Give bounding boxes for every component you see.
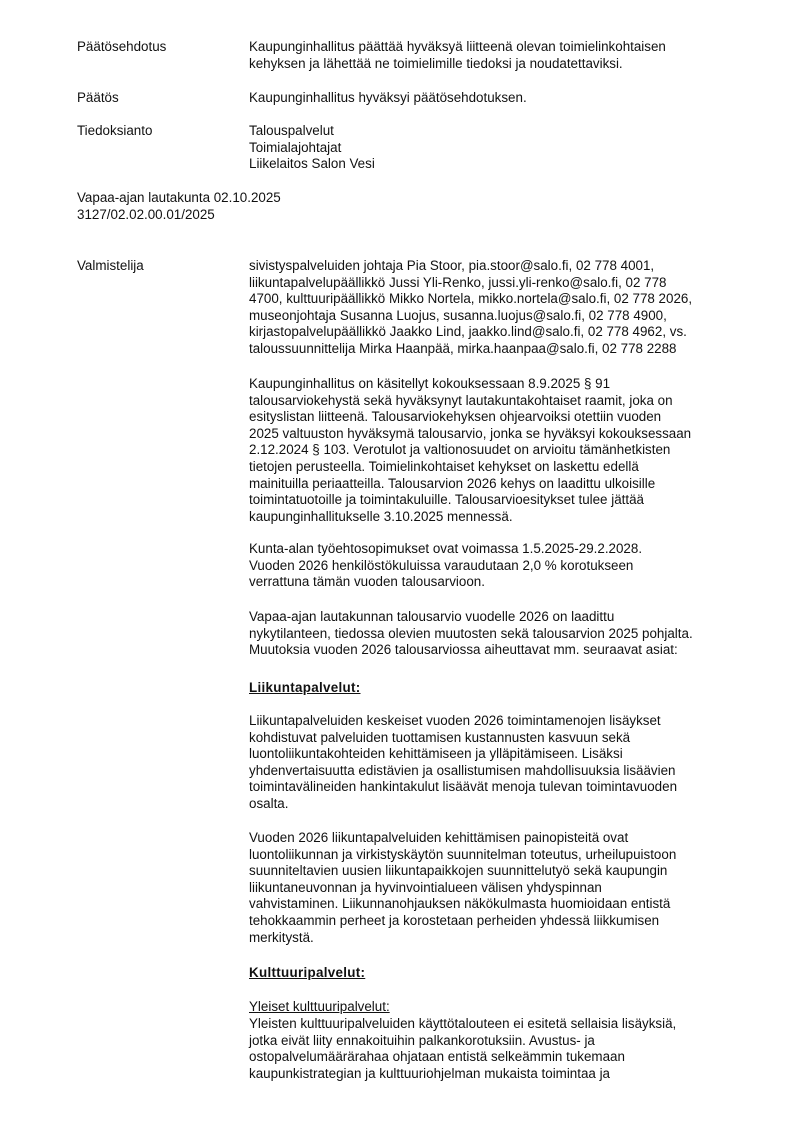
- preparer-label: Valmistelija: [77, 258, 247, 275]
- contact-line: 4700, kulttuuripäällikkö Mikko Nortela, …: [249, 291, 739, 308]
- meeting-title: Vapaa-ajan lautakunta 02.10.2025: [77, 190, 477, 207]
- text-line: kaupunginhallitukselle 3.10.2025 menness…: [249, 509, 749, 526]
- text-line: kehyksen ja lähettää ne toimielimille ti…: [249, 56, 739, 73]
- text-line: kaupunkistrategian ja kulttuuriohjelman …: [249, 1066, 749, 1083]
- text-line: nykytilanteen, tiedossa olevien muutoste…: [249, 626, 749, 643]
- recipient: Liikelaitos Salon Vesi: [249, 156, 739, 173]
- text-line: luontoliikunnan ja virkistyskäytön suunn…: [249, 847, 749, 864]
- paragraph-sports-priorities: Vuoden 2026 liikuntapalveluiden kehittäm…: [249, 830, 749, 946]
- document-page: Päätösehdotus Kaupunginhallitus päättää …: [0, 0, 794, 1122]
- text-line: verrattuna tämän vuoden talousarvioon.: [249, 574, 749, 591]
- text-line: merkitystä.: [249, 930, 749, 947]
- decision-text: Kaupunginhallitus hyväksyi päätösehdotuk…: [249, 90, 739, 107]
- notification-recipients: Talouspalvelut Toimialajohtajat Liikelai…: [249, 123, 739, 173]
- preparer-contacts: sivistyspalveluiden johtaja Pia Stoor, p…: [249, 258, 739, 358]
- text-line: osalta.: [249, 796, 749, 813]
- text-line: Muutoksia vuoden 2026 talousarviossa aih…: [249, 642, 749, 659]
- text-line: Kaupunginhallitus on käsitellyt kokoukse…: [249, 376, 749, 393]
- text-line: jotka eivät liity ennakoituihin palkanko…: [249, 1033, 749, 1050]
- text-line: Kunta-alan työehtosopimukset ovat voimas…: [249, 541, 749, 558]
- text-line: suunniteltavien uusien liikuntapaikkojen…: [249, 863, 749, 880]
- proposal-label: Päätösehdotus: [77, 39, 247, 56]
- text-line: Vuoden 2026 henkilöstökuluissa varauduta…: [249, 558, 749, 575]
- text-line: yhdenvertaisuutta edistävien ja osallist…: [249, 763, 749, 780]
- text-line: toimintatuotoille ja toimintakuluille. T…: [249, 492, 749, 509]
- text-line: 2025 valtuuston hyväksymä talousarvio, j…: [249, 426, 749, 443]
- text-line: kohdistuvat palveluiden tuottamisen kust…: [249, 730, 749, 747]
- recipient: Toimialajohtajat: [249, 140, 739, 157]
- text-line: Yleisten kulttuuripalveluiden käyttötalo…: [249, 1016, 749, 1033]
- proposal-text: Kaupunginhallitus päättää hyväksyä liitt…: [249, 39, 739, 72]
- decision-label: Päätös: [77, 90, 247, 107]
- text-line: 2.12.2024 § 103. Verotulot ja valtionosu…: [249, 442, 749, 459]
- text-line: vahvistaminen. Liikunnanohjauksen näköku…: [249, 896, 749, 913]
- contact-line: taloussuunnittelija Mirka Haanpää, mirka…: [249, 341, 739, 358]
- paragraph-collective-agreements: Kunta-alan työehtosopimukset ovat voimas…: [249, 541, 749, 591]
- text-line: toimintavälineiden hankintakulut lisäävä…: [249, 779, 749, 796]
- contact-line: liikuntapalvelupäällikkö Jussi Yli-Renko…: [249, 275, 739, 292]
- paragraph-sports-costs: Liikuntapalveluiden keskeiset vuoden 202…: [249, 713, 749, 813]
- contact-line: sivistyspalveluiden johtaja Pia Stoor, p…: [249, 258, 739, 275]
- paragraph-general-culture: Yleisten kulttuuripalveluiden käyttötalo…: [249, 1016, 749, 1082]
- text-line: tietojen perusteella. Toimielinkohtaiset…: [249, 459, 749, 476]
- text-line: ostopalvelumäärärahaa ohjataan entistä s…: [249, 1049, 749, 1066]
- text-line: tehokkaammin perheet ja korostetaan perh…: [249, 913, 749, 930]
- notification-label: Tiedoksianto: [77, 123, 247, 140]
- culture-services-heading: Kulttuuripalvelut:: [249, 965, 749, 982]
- meeting-reference: 3127/02.02.00.01/2025: [77, 207, 477, 224]
- text-line: Vuoden 2026 liikuntapalveluiden kehittäm…: [249, 830, 749, 847]
- text-line: Liikuntapalveluiden keskeiset vuoden 202…: [249, 713, 749, 730]
- text-line: Kaupunginhallitus hyväksyi päätösehdotuk…: [249, 90, 739, 107]
- text-line: Kaupunginhallitus päättää hyväksyä liitt…: [249, 39, 739, 56]
- text-line: liikuntaneuvonnan ja hyvinvointialueen v…: [249, 880, 749, 897]
- paragraph-budget-framework: Kaupunginhallitus on käsitellyt kokoukse…: [249, 376, 749, 525]
- text-line: esityslistan liitteenä. Talousarviokehyk…: [249, 409, 749, 426]
- text-line: mainituilla periaatteilla. Talousarvion …: [249, 476, 749, 493]
- recipient: Talouspalvelut: [249, 123, 739, 140]
- paragraph-leisure-budget: Vapaa-ajan lautakunnan talousarvio vuode…: [249, 609, 749, 659]
- text-line: Vapaa-ajan lautakunnan talousarvio vuode…: [249, 609, 749, 626]
- text-line: luontoliikuntakohteiden kehittämiseen ja…: [249, 746, 749, 763]
- contact-line: kirjastopalvelupäällikkö Jaakko Lind, ja…: [249, 324, 739, 341]
- meeting-header: Vapaa-ajan lautakunta 02.10.2025 3127/02…: [77, 190, 477, 223]
- contact-line: museonjohtaja Susanna Luojus, susanna.lu…: [249, 308, 739, 325]
- text-line: talousarviokehystä sekä hyväksynyt lauta…: [249, 393, 749, 410]
- general-culture-subheading: Yleiset kulttuuripalvelut:: [249, 999, 749, 1016]
- sports-services-heading: Liikuntapalvelut:: [249, 680, 749, 697]
